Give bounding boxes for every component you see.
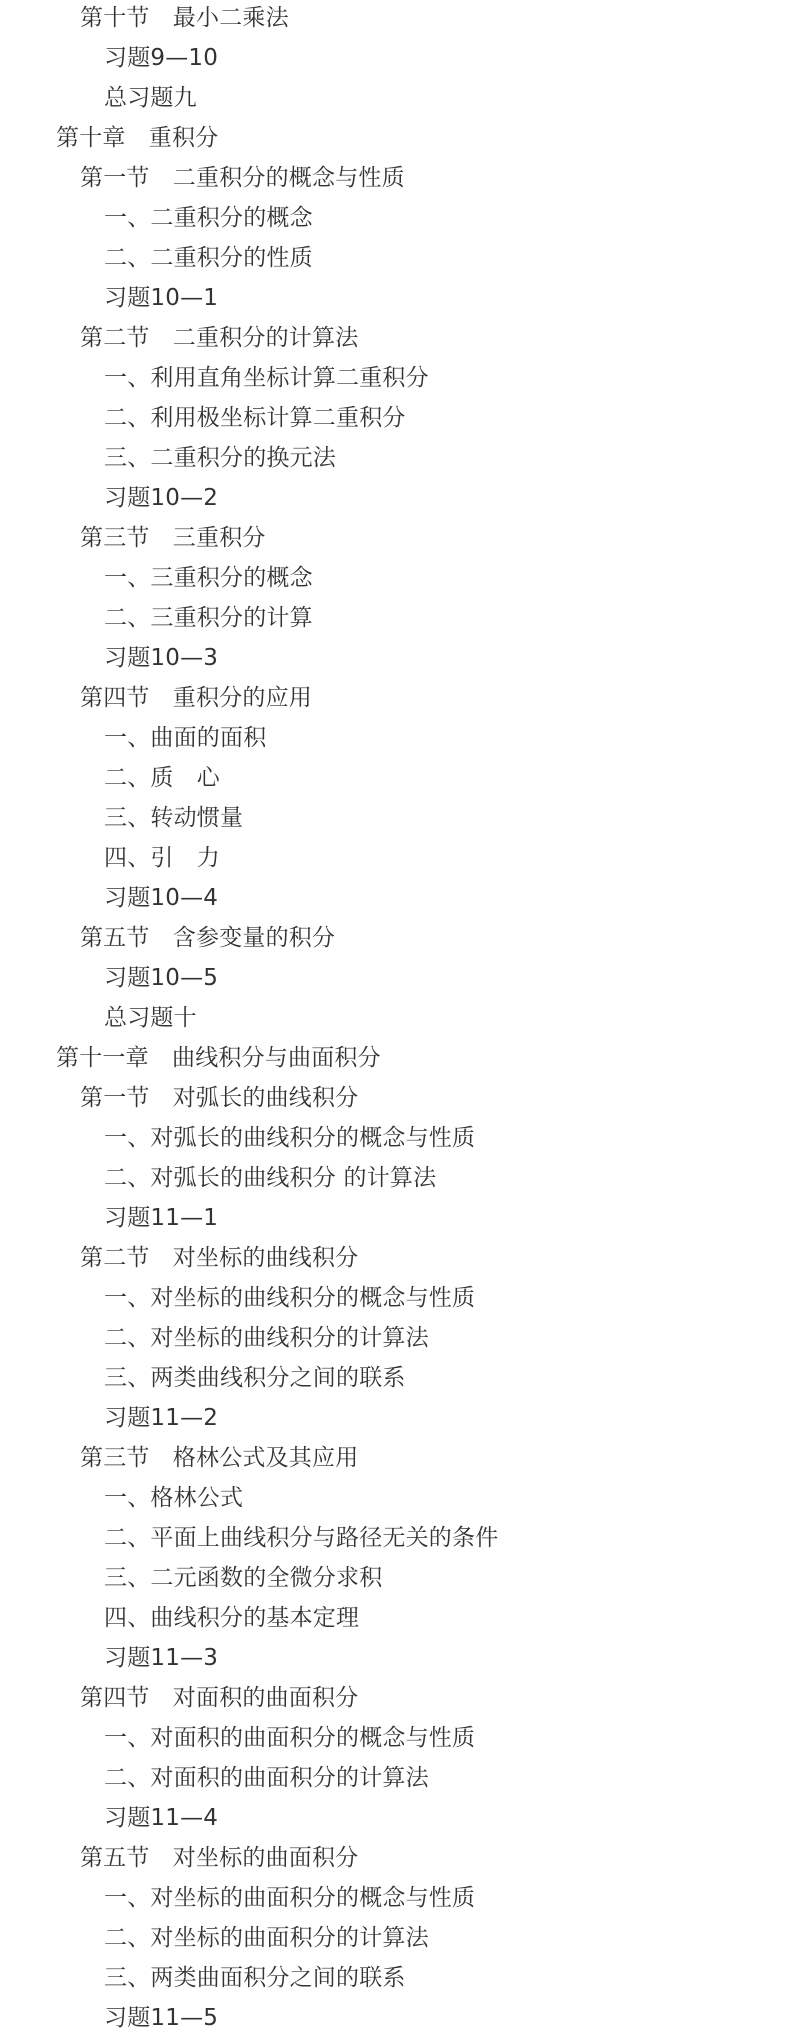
toc-item[interactable]: 一、曲面的面积 — [0, 718, 790, 758]
toc-item[interactable]: 习题11—5 — [0, 1998, 790, 2038]
toc-item[interactable]: 总习题十 — [0, 998, 790, 1038]
toc-item[interactable]: 一、三重积分的概念 — [0, 558, 790, 598]
table-of-contents: 第十节 最小二乘法 习题9—10 总习题九 第十章 重积分 第一节 二重积分的概… — [0, 0, 790, 2038]
toc-item[interactable]: 三、二重积分的换元法 — [0, 438, 790, 478]
toc-item[interactable]: 二、质 心 — [0, 758, 790, 798]
toc-item[interactable]: 习题10—2 — [0, 478, 790, 518]
toc-item[interactable]: 习题11—4 — [0, 1798, 790, 1838]
toc-item[interactable]: 一、对面积的曲面积分的概念与性质 — [0, 1718, 790, 1758]
toc-item[interactable]: 习题10—5 — [0, 958, 790, 998]
toc-item[interactable]: 二、对弧长的曲线积分 的计算法 — [0, 1158, 790, 1198]
toc-item[interactable]: 二、平面上曲线积分与路径无关的条件 — [0, 1518, 790, 1558]
toc-item[interactable]: 总习题九 — [0, 78, 790, 118]
toc-section[interactable]: 第五节 含参变量的积分 — [0, 918, 790, 958]
toc-section[interactable]: 第二节 二重积分的计算法 — [0, 318, 790, 358]
toc-section[interactable]: 第三节 三重积分 — [0, 518, 790, 558]
toc-item[interactable]: 一、对弧长的曲线积分的概念与性质 — [0, 1118, 790, 1158]
toc-item[interactable]: 习题11—2 — [0, 1398, 790, 1438]
toc-section[interactable]: 第十节 最小二乘法 — [0, 0, 790, 38]
toc-item[interactable]: 习题9—10 — [0, 38, 790, 78]
toc-item[interactable]: 习题10—3 — [0, 638, 790, 678]
toc-item[interactable]: 习题11—1 — [0, 1198, 790, 1238]
toc-item[interactable]: 二、对坐标的曲面积分的计算法 — [0, 1918, 790, 1958]
toc-item[interactable]: 四、曲线积分的基本定理 — [0, 1598, 790, 1638]
toc-item[interactable]: 二、三重积分的计算 — [0, 598, 790, 638]
toc-item[interactable]: 四、引 力 — [0, 838, 790, 878]
toc-item[interactable]: 二、对面积的曲面积分的计算法 — [0, 1758, 790, 1798]
toc-item[interactable]: 一、对坐标的曲线积分的概念与性质 — [0, 1278, 790, 1318]
toc-item[interactable]: 一、对坐标的曲面积分的概念与性质 — [0, 1878, 790, 1918]
toc-section[interactable]: 第三节 格林公式及其应用 — [0, 1438, 790, 1478]
toc-item[interactable]: 二、利用极坐标计算二重积分 — [0, 398, 790, 438]
toc-chapter[interactable]: 第十一章 曲线积分与曲面积分 — [0, 1038, 790, 1078]
toc-item[interactable]: 三、转动惯量 — [0, 798, 790, 838]
toc-item[interactable]: 三、两类曲面积分之间的联系 — [0, 1958, 790, 1998]
toc-section[interactable]: 第一节 二重积分的概念与性质 — [0, 158, 790, 198]
toc-section[interactable]: 第五节 对坐标的曲面积分 — [0, 1838, 790, 1878]
toc-section[interactable]: 第一节 对弧长的曲线积分 — [0, 1078, 790, 1118]
toc-section[interactable]: 第四节 对面积的曲面积分 — [0, 1678, 790, 1718]
toc-item[interactable]: 一、二重积分的概念 — [0, 198, 790, 238]
toc-item[interactable]: 三、二元函数的全微分求积 — [0, 1558, 790, 1598]
toc-item[interactable]: 习题11—3 — [0, 1638, 790, 1678]
toc-item[interactable]: 三、两类曲线积分之间的联系 — [0, 1358, 790, 1398]
toc-chapter[interactable]: 第十章 重积分 — [0, 118, 790, 158]
toc-item[interactable]: 一、利用直角坐标计算二重积分 — [0, 358, 790, 398]
toc-item[interactable]: 习题10—1 — [0, 278, 790, 318]
toc-section[interactable]: 第四节 重积分的应用 — [0, 678, 790, 718]
toc-item[interactable]: 一、格林公式 — [0, 1478, 790, 1518]
toc-section[interactable]: 第二节 对坐标的曲线积分 — [0, 1238, 790, 1278]
toc-item[interactable]: 二、二重积分的性质 — [0, 238, 790, 278]
toc-item[interactable]: 习题10—4 — [0, 878, 790, 918]
toc-item[interactable]: 二、对坐标的曲线积分的计算法 — [0, 1318, 790, 1358]
